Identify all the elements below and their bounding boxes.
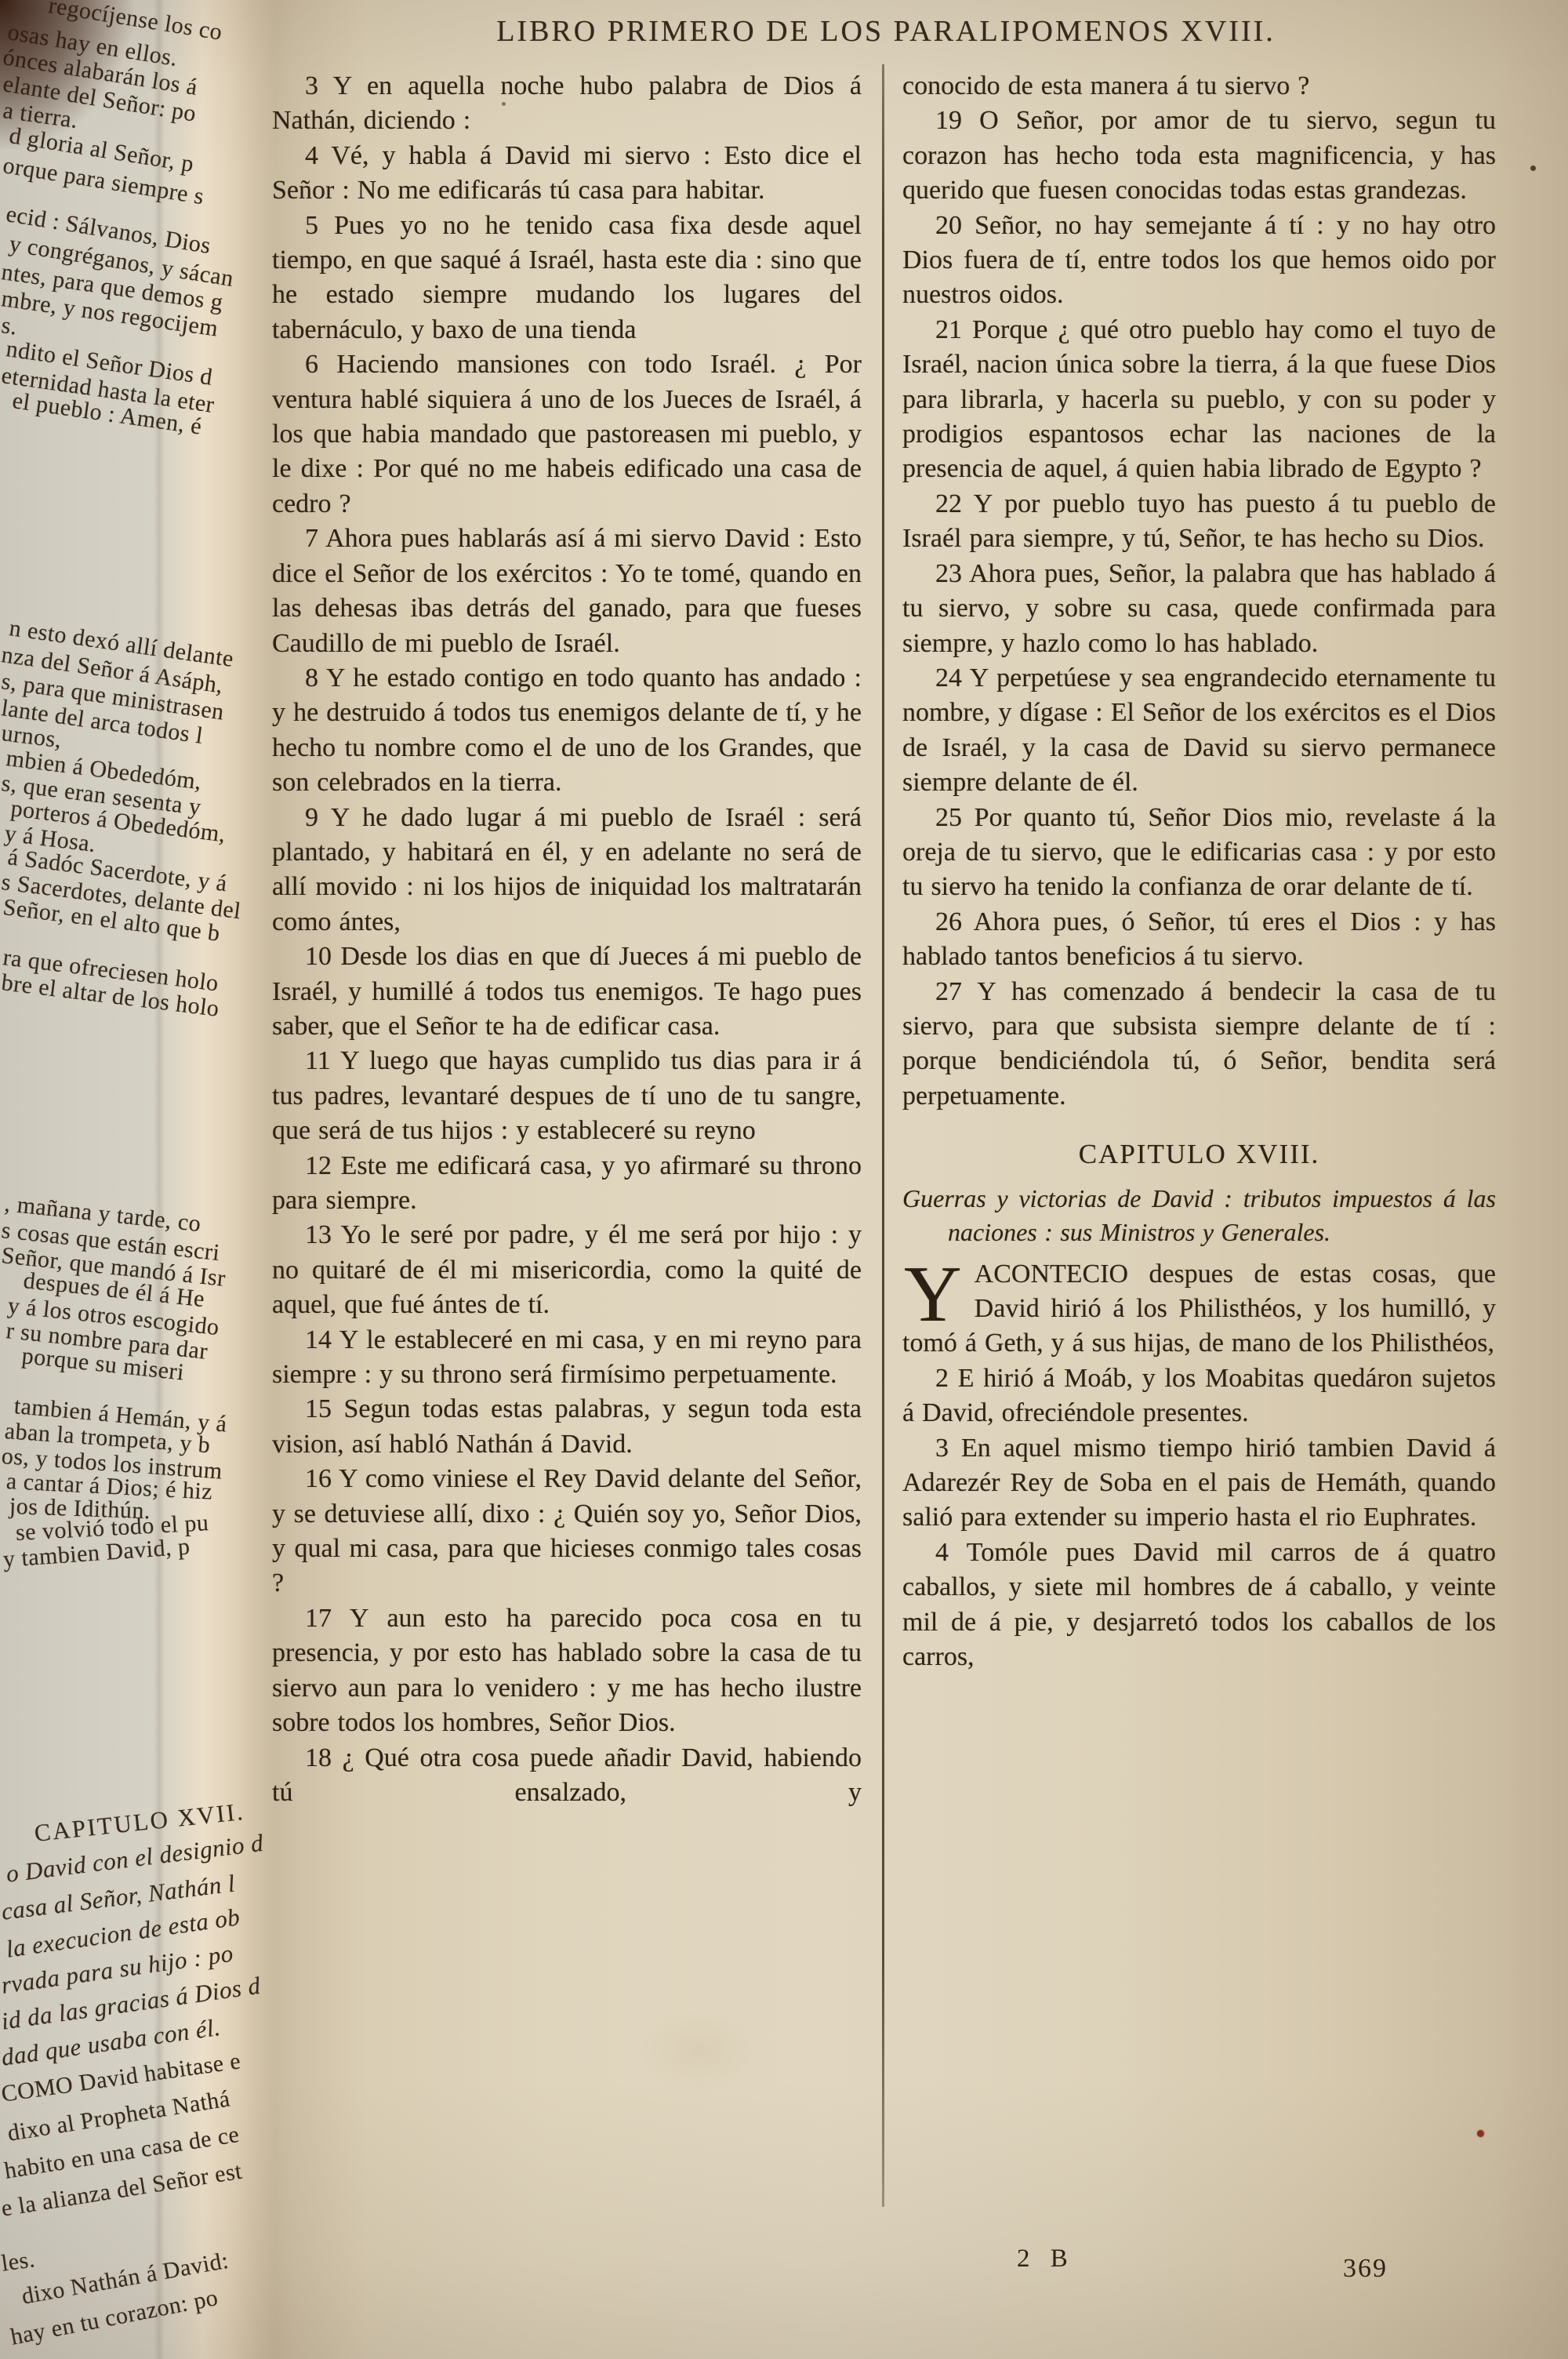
verse-paragraph: 4 Tomóle pues David mil carros de á quat… xyxy=(902,1536,1496,1675)
verse-paragraph: 3 Y en aquella noche hubo palabra de Dio… xyxy=(272,69,862,139)
verse-paragraph: 21 Porque ¿ qué otro pueblo hay como el … xyxy=(902,313,1496,487)
right-column: conocido de esta manera á tu siervo ?19 … xyxy=(902,69,1496,1674)
verse-paragraph: 10 Desde los dias en que dí Jueces á mi … xyxy=(272,940,862,1044)
running-head: LIBRO PRIMERO DE LOS PARALIPOMENOS XVIII… xyxy=(270,14,1501,49)
verse-paragraph: 22 Y por pueblo tuyo has puesto á tu pue… xyxy=(902,487,1496,557)
verse-paragraph: 8 Y he estado contigo en todo quanto has… xyxy=(272,661,862,801)
drop-cap-initial: Y xyxy=(902,1257,975,1326)
photo-canvas: regocíjense los coosas hay en ellos.ónce… xyxy=(0,0,1568,2359)
verse-paragraph: conocido de esta manera á tu siervo ? xyxy=(902,69,1496,104)
column-divider-rule xyxy=(882,64,884,2207)
verse-paragraph: 4 Vé, y habla á David mi siervo : Esto d… xyxy=(272,139,862,209)
chapter-summary: Guerras y victorias de David : tributos … xyxy=(902,1182,1496,1249)
verse-paragraph: 24 Y perpetúese y sea engrandecido etern… xyxy=(902,661,1496,801)
verse-paragraph: 9 Y he dado lugar á mi pueblo de Israél … xyxy=(272,801,862,940)
verse-paragraph: 27 Y has comenzado á bendecir la casa de… xyxy=(902,975,1496,1114)
page-number: 369 xyxy=(1343,2254,1388,2284)
left-page-text-line: les. xyxy=(0,2246,37,2277)
right-page: LIBRO PRIMERO DE LOS PARALIPOMENOS XVIII… xyxy=(270,0,1501,2359)
verse-paragraph: 12 Este me edificará casa, y yo afirmaré… xyxy=(272,1149,862,1219)
chapter-heading: CAPITULO XVIII. xyxy=(902,1137,1496,1172)
verse-paragraph: 6 Haciendo mansiones con todo Israél. ¿ … xyxy=(272,347,862,522)
verse-paragraph: 20 Señor, no hay semejante á tí : y no h… xyxy=(902,209,1496,313)
verse-paragraph: 19 O Señor, por amor de tu siervo, segun… xyxy=(902,104,1496,208)
verse-paragraph: 18 ¿ Qué otra cosa puede añadir David, h… xyxy=(272,1741,862,1811)
verse-paragraph: 2 E hirió á Moáb, y los Moabitas quedáro… xyxy=(902,1361,1496,1431)
verse-paragraph: 15 Segun todas estas palabras, y segun t… xyxy=(272,1392,862,1462)
verse-paragraph: YACONTECIO despues de estas cosas, que D… xyxy=(902,1257,1496,1361)
verse-paragraph: 14 Y le estableceré en mi casa, y en mi … xyxy=(272,1323,862,1393)
verse-paragraph: 5 Pues yo no he tenido casa fixa desde a… xyxy=(272,209,862,348)
verse-paragraph: 25 Por quanto tú, Señor Dios mio, revela… xyxy=(902,801,1496,905)
verse-paragraph: 17 Y aun esto ha parecido poca cosa en t… xyxy=(272,1601,862,1741)
left-page-fragment: regocíjense los coosas hay en ellos.ónce… xyxy=(0,0,276,2359)
verse-paragraph: 13 Yo le seré por padre, y él me será po… xyxy=(272,1218,862,1322)
verse-paragraph: 11 Y luego que hayas cumplido tus dias p… xyxy=(272,1044,862,1148)
verse-paragraph: 23 Ahora pues, Señor, la palabra que has… xyxy=(902,557,1496,661)
paper-stain xyxy=(1541,337,1568,408)
verse-paragraph: 26 Ahora pues, ó Señor, tú eres el Dios … xyxy=(902,905,1496,975)
left-column: 3 Y en aquella noche hubo palabra de Dio… xyxy=(272,69,862,1810)
book-photo-page: { "colors": { "ink": "#2e2215", "paper_l… xyxy=(0,0,1568,2359)
verse-paragraph: 3 En aquel mismo tiempo hirió tambien Da… xyxy=(902,1431,1496,1536)
printer-signature: 2 B xyxy=(1017,2245,1075,2274)
paper-stain xyxy=(639,2008,764,2094)
paper-speck xyxy=(1530,165,1536,171)
verse-paragraph: 7 Ahora pues hablarás así á mi siervo Da… xyxy=(272,522,862,661)
verse-paragraph: 16 Y como viniese el Rey David delante d… xyxy=(272,1462,862,1601)
